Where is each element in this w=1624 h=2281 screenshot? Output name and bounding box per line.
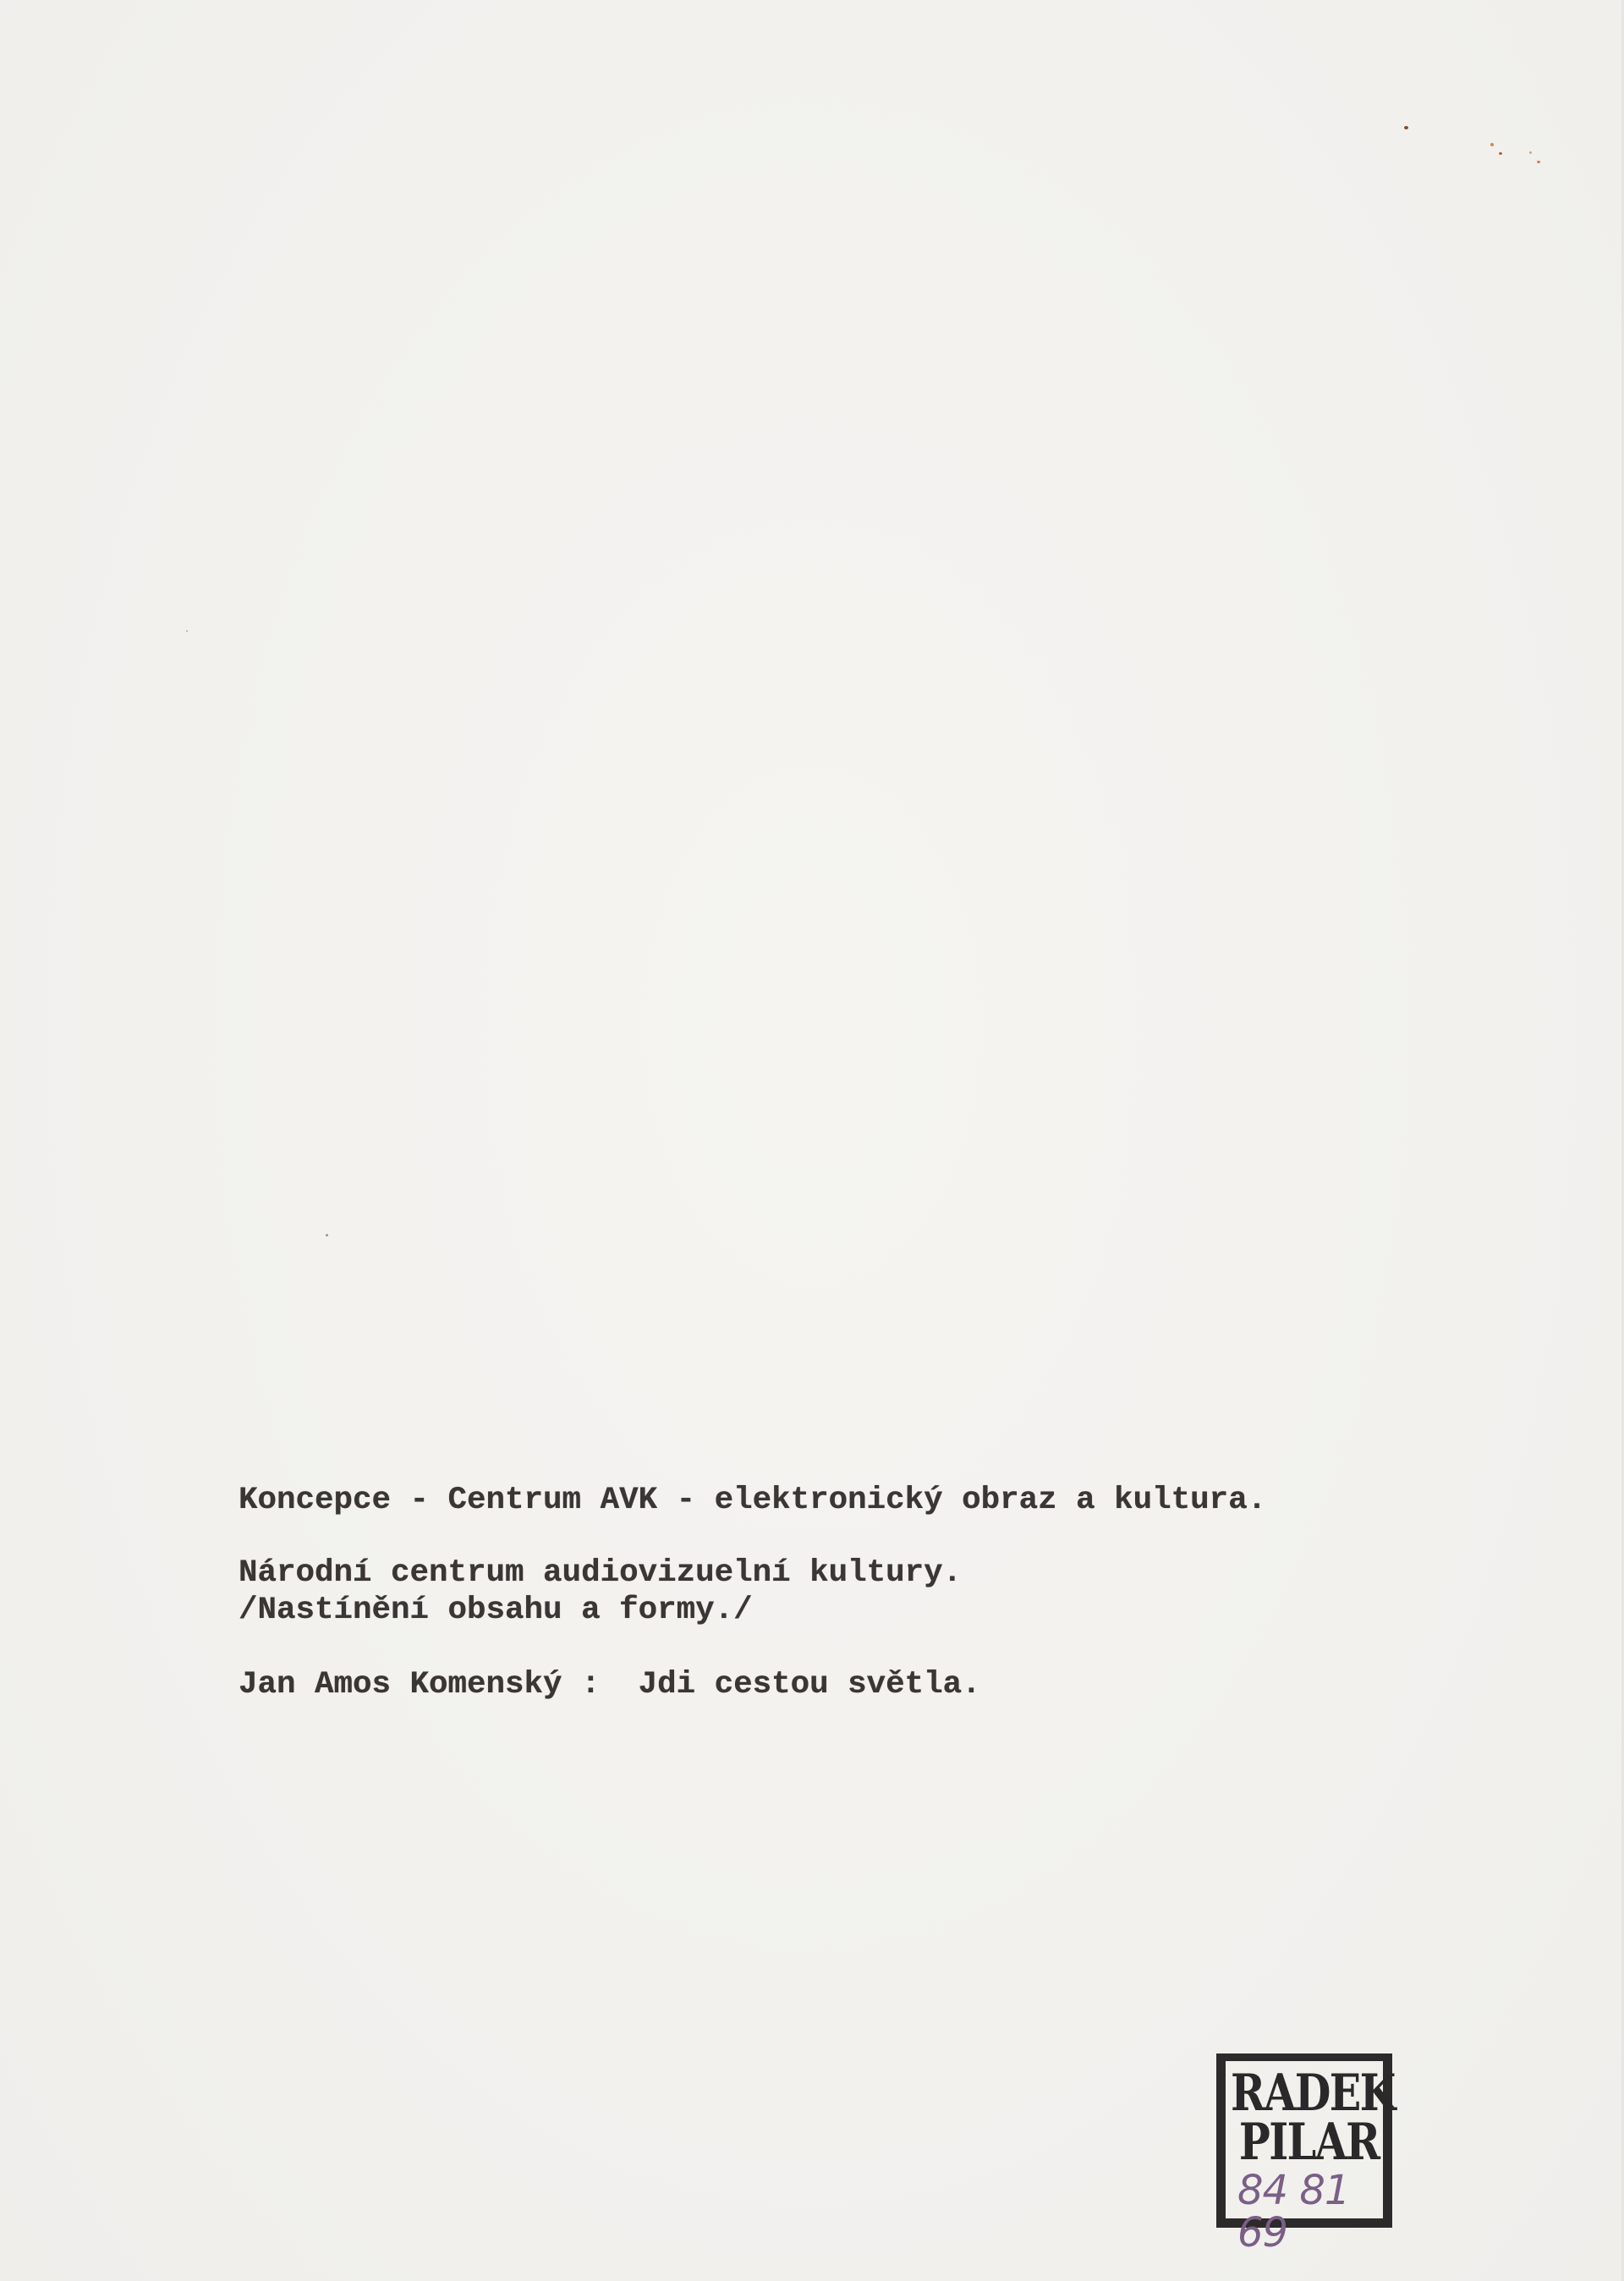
typed-subtitle-note: /Nastínění obsahu a formy./	[239, 1592, 753, 1629]
typed-title-line: Koncepce - Centrum AVK - elektronický ob…	[239, 1482, 1266, 1519]
paper-speck	[1529, 151, 1532, 154]
paper-speck	[1490, 143, 1494, 146]
author-stamp: RADEK PILAR 84 81 69	[1216, 2053, 1392, 2228]
typed-quote-line: Jan Amos Komenský : Jdi cestou světla.	[239, 1666, 981, 1703]
paper-speck	[1499, 152, 1502, 155]
stamp-last-name: PILAR	[1231, 2117, 1387, 2168]
paper-speck	[1537, 161, 1540, 163]
paper-speck	[326, 1234, 328, 1236]
stamp-handwritten-number: 84 81 69	[1237, 2169, 1383, 2254]
stamp-first-name: RADEK	[1231, 2068, 1387, 2119]
paper-speck	[1404, 126, 1408, 129]
paper-sheet	[0, 0, 1624, 2281]
paper-speck	[186, 630, 188, 632]
typed-subtitle-line: Národní centrum audiovizuelní kultury.	[239, 1554, 962, 1592]
